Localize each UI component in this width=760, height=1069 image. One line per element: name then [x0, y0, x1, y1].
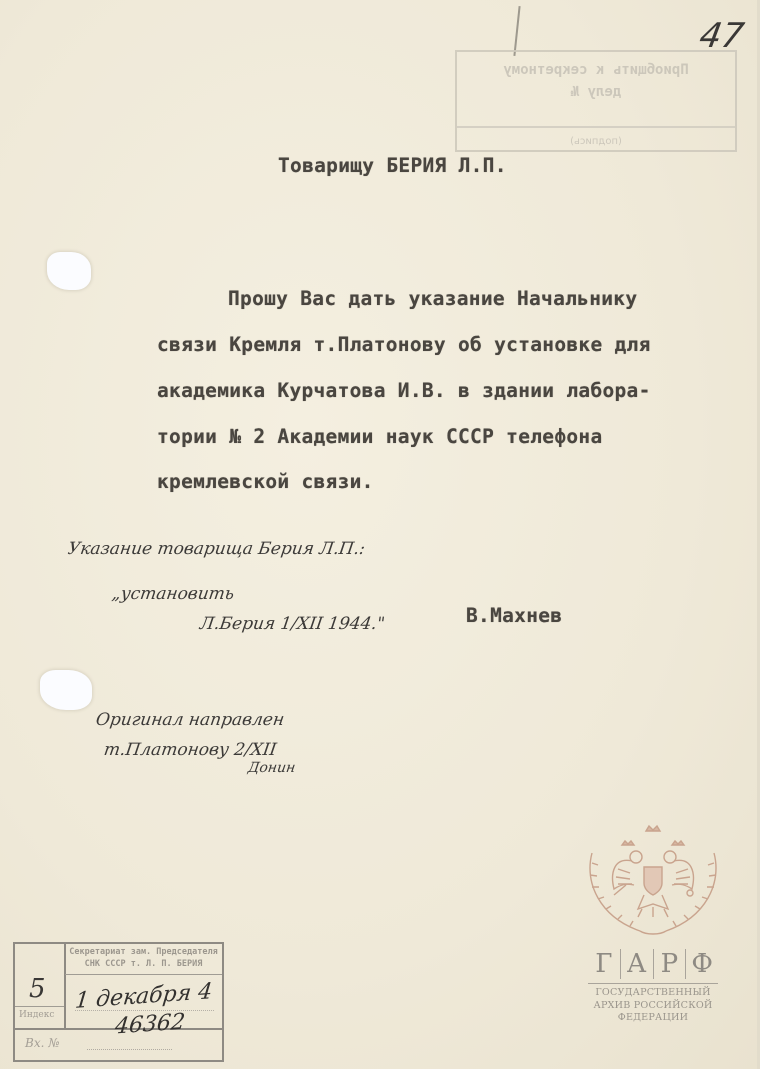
filing-stamp-line2: делу №: [457, 84, 735, 100]
filing-stamp: Приобщить к секретному делу № (подпись): [455, 50, 737, 152]
body-line-4: тории № 2 Академии наук СССР телефона: [157, 425, 602, 448]
archive-letter: Ф: [686, 949, 718, 979]
archive-caption-line: АРХИВ РОССИЙСКОЙ: [578, 1000, 728, 1013]
note-line-2: т.Платонову 2/XII: [103, 740, 278, 760]
registry-index-value: 5: [29, 974, 46, 1004]
body-line-3: академика Курчатова И.В. в здании лабора…: [157, 379, 651, 402]
punch-hole-upper: [47, 252, 91, 290]
registry-header-line1: Секретариат зам. Председателя: [65, 946, 222, 958]
archive-caption-line: ГОСУДАРСТВЕННЫЙ: [578, 987, 728, 1000]
resolution-line-3: Л.Берия 1/XII 1944.": [199, 614, 386, 634]
addressee: Товарищу БЕРИЯ Л.П.: [278, 154, 507, 177]
pencil-mark: [513, 6, 520, 56]
archive-letter: А: [621, 949, 654, 979]
body-line-5: кремлевской связи.: [157, 470, 374, 493]
archive-acronym: Г А Р Ф: [588, 949, 718, 979]
double-headed-eagle-icon: [578, 823, 728, 943]
registry-incoming-line: [87, 1049, 172, 1050]
body-line-2: связи Кремля т.Платонову об установке дл…: [157, 333, 651, 356]
filing-stamp-footer: (подпись): [457, 136, 735, 147]
registry-index-label: Индекс: [19, 1010, 54, 1020]
registry-index-divider: [15, 1006, 64, 1007]
body-line-1: Прошу Вас дать указание Начальнику: [228, 287, 637, 310]
filing-stamp-line1: Приобщить к секретному: [457, 62, 735, 78]
punch-hole-lower: [40, 670, 92, 710]
archive-logo: Г А Р Ф ГОСУДАРСТВЕННЫЙ АРХИВ РОССИЙСКОЙ…: [578, 823, 728, 1048]
archive-caption-line: ФЕДЕРАЦИИ: [578, 1012, 728, 1025]
registry-header-line2: СНК СССР т. Л. П. БЕРИЯ: [65, 958, 222, 970]
resolution-line-2: „установить: [111, 584, 236, 604]
registry-stamp: Секретариат зам. Председателя СНК СССР т…: [13, 942, 224, 1062]
archive-letter: Г: [588, 949, 621, 979]
document-page: 47 Приобщить к секретному делу № (подпис…: [0, 0, 760, 1069]
archive-caption: ГОСУДАРСТВЕННЫЙ АРХИВ РОССИЙСКОЙ ФЕДЕРАЦ…: [578, 987, 728, 1025]
signature: В.Махнев: [466, 604, 562, 627]
archive-logo-rule: [588, 983, 718, 984]
registry-number: 46362: [114, 1009, 186, 1039]
registry-date: 1 декабря 4: [74, 979, 214, 1014]
note-line-1: Оригинал направлен: [95, 710, 286, 730]
registry-header: Секретариат зам. Председателя СНК СССР т…: [65, 944, 222, 975]
filing-stamp-divider: [457, 126, 735, 128]
note-line-3: Донин: [247, 760, 297, 776]
registry-incoming-label: Вх. №: [25, 1036, 60, 1050]
archive-letter: Р: [654, 949, 687, 979]
resolution-line-1: Указание товарища Берия Л.П.:: [67, 539, 367, 559]
